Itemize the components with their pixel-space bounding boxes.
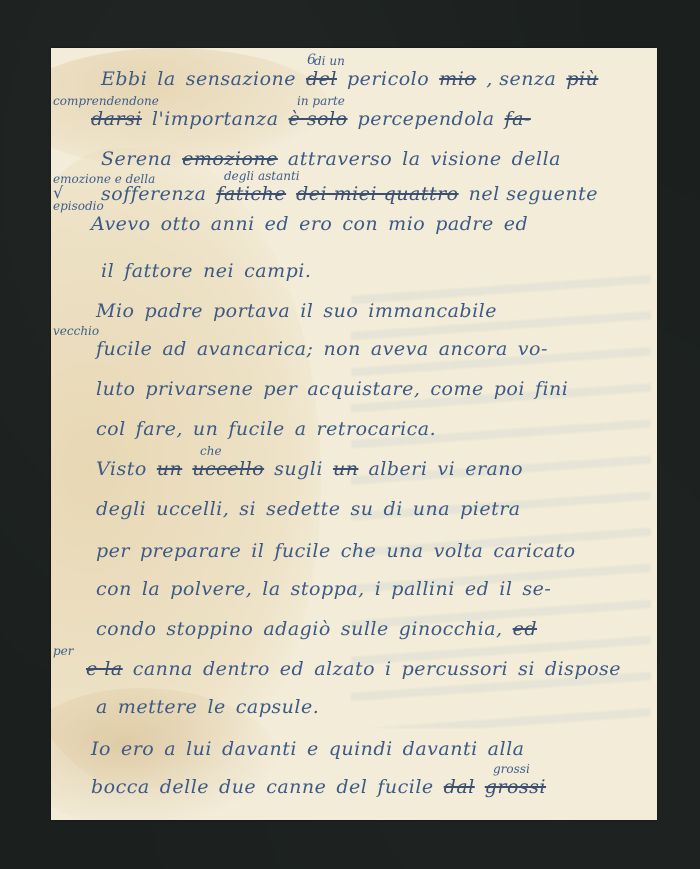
word: caricato: [493, 540, 575, 562]
word: a: [164, 738, 176, 760]
word: otto: [161, 213, 201, 235]
word: percussori: [402, 658, 508, 680]
struck-word: mio: [439, 68, 476, 90]
word: mettere: [118, 696, 198, 718]
interlinear-insertion: di un: [314, 54, 345, 68]
manuscript-line: Vistounuccellosugliunalberivierano: [51, 458, 657, 480]
word: ad: [162, 338, 187, 360]
word: ed: [465, 578, 489, 600]
word: uccelli,: [156, 498, 229, 520]
word: preparare: [140, 540, 241, 562]
word: percependola: [358, 108, 495, 130]
word: le: [207, 696, 225, 718]
word: una: [386, 540, 423, 562]
struck-word: più: [566, 68, 598, 90]
manuscript-line: condostoppinoadagiòsulleginocchia,ed: [51, 618, 657, 640]
word: pericolo: [347, 68, 429, 90]
word: fucile: [377, 776, 433, 798]
struck-word: fa-: [505, 108, 531, 130]
word: per: [96, 540, 130, 562]
word: come: [430, 378, 483, 400]
word: suo: [323, 300, 358, 322]
word: Mio: [96, 300, 134, 322]
word: stoppa,: [291, 578, 365, 600]
word: adagiò: [263, 618, 331, 640]
manuscript-line: Ebbilasensazionedelpericolomio, senzapiù: [51, 68, 657, 90]
word: campi.: [244, 260, 311, 282]
word: fini: [535, 378, 568, 400]
struck-word: dal: [444, 776, 475, 798]
word: davanti: [403, 738, 478, 760]
word: il: [251, 540, 264, 562]
word: fucile: [96, 338, 152, 360]
interlinear-insertion: che: [200, 444, 222, 458]
word: Visto: [96, 458, 147, 480]
word: su: [351, 498, 374, 520]
word: a: [96, 696, 108, 718]
word: ed: [280, 658, 304, 680]
interlinear-insertion: comprendendone: [53, 94, 159, 108]
word: due: [219, 776, 256, 798]
manuscript-line: degliuccelli,sisedettesudiunapietra: [51, 498, 657, 520]
word: la: [262, 578, 280, 600]
word: con: [96, 578, 132, 600]
manuscript-line: darsil'importanzaè solopercependolafa-: [51, 108, 657, 130]
word: che: [341, 540, 377, 562]
word: polvere,: [170, 578, 252, 600]
word: e: [307, 738, 319, 760]
word: , senza: [486, 68, 556, 90]
word: Ebbi: [101, 68, 147, 90]
word: per: [263, 378, 297, 400]
manuscript-line: Serenaemozioneattraversolavisionedella: [51, 148, 657, 170]
manuscript-line: Miopadreportavailsuoimmancabile: [51, 300, 657, 322]
manuscript-line: e lacannadentroedalzatoipercussorisidisp…: [51, 658, 657, 680]
word: aveva: [371, 338, 429, 360]
word: con: [342, 213, 378, 235]
word: il: [300, 300, 313, 322]
word: canne: [266, 776, 326, 798]
word: del: [336, 776, 367, 798]
word: sugli: [274, 458, 323, 480]
word: mio: [388, 213, 425, 235]
word: portava: [213, 300, 290, 322]
word: alzato: [314, 658, 375, 680]
word: alla: [488, 738, 525, 760]
word: sensazione: [186, 68, 296, 90]
word: delle: [160, 776, 209, 798]
interlinear-insertion: per: [53, 644, 74, 658]
manuscript-line: sofferenzafatichedei miei quattronel seg…: [51, 183, 657, 205]
word: il: [101, 260, 114, 282]
interlinear-insertion: degli astanti: [224, 169, 300, 183]
word: la: [157, 68, 175, 90]
struck-word: è solo: [289, 108, 348, 130]
struck-word: del: [306, 68, 337, 90]
word: nei: [203, 260, 234, 282]
word: i: [375, 578, 382, 600]
interlinear-insertion: emozione e della: [53, 172, 155, 186]
word: immancabile: [368, 300, 497, 322]
word: canna: [133, 658, 193, 680]
word: ero: [121, 738, 154, 760]
word: fattore: [124, 260, 193, 282]
manuscript-line: conlapolvere,lastoppa,ipalliniedilse-: [51, 578, 657, 600]
struck-word: darsi: [91, 108, 142, 130]
word: padre: [435, 213, 493, 235]
interlinear-insertion: grossi: [493, 762, 530, 776]
word: della: [512, 148, 561, 170]
word: ed: [265, 213, 289, 235]
manuscript-line: lutoprivarseneperacquistare,comepoifini: [51, 378, 657, 400]
word: capsule.: [236, 696, 319, 718]
word: la: [142, 578, 160, 600]
word: nel seguente: [469, 183, 598, 205]
struck-word: uccello: [192, 458, 264, 480]
word: erano: [465, 458, 523, 480]
word: l'importanza: [152, 108, 279, 130]
word: condo: [96, 618, 156, 640]
interlinear-insertion: episodio: [53, 199, 104, 213]
word: a: [295, 418, 307, 440]
word: Io: [91, 738, 111, 760]
word: una: [413, 498, 450, 520]
word: la: [402, 148, 420, 170]
word: Avevo: [91, 213, 151, 235]
word: Serena: [101, 148, 172, 170]
word: visione: [431, 148, 502, 170]
manuscript-line: Avevoottoanniederoconmiopadreed: [51, 213, 657, 235]
struck-word: emozione: [182, 148, 278, 170]
manuscript-line: boccadelleduecannedelfuciledalgrossi: [51, 776, 657, 798]
word: anni: [211, 213, 255, 235]
word: pallini: [391, 578, 455, 600]
manuscript-line: Ioeroaluidavantiequindidavantialla: [51, 738, 657, 760]
word: stoppino: [166, 618, 253, 640]
word: non: [323, 338, 360, 360]
word: davanti: [222, 738, 297, 760]
word: luto: [96, 378, 135, 400]
struck-word: e la: [86, 658, 123, 680]
word: quindi: [329, 738, 393, 760]
word: fare,: [136, 418, 183, 440]
struck-word: un: [157, 458, 182, 480]
word: dentro: [203, 658, 270, 680]
word: vo-: [518, 338, 548, 360]
manuscript-line: fucileadavancarica;nonavevaancoravo-: [51, 338, 657, 360]
word: ero: [299, 213, 332, 235]
word: acquistare,: [307, 378, 420, 400]
interlinear-insertion: in parte: [297, 94, 345, 108]
word: col: [96, 418, 126, 440]
word: avancarica;: [197, 338, 314, 360]
word: si: [239, 498, 256, 520]
word: si: [518, 658, 535, 680]
word: vi: [437, 458, 455, 480]
word: ginocchia,: [399, 618, 503, 640]
word: sofferenza: [101, 183, 206, 205]
struck-word: un: [333, 458, 358, 480]
word: degli: [96, 498, 146, 520]
word: di: [384, 498, 403, 520]
manuscript-line: ametterelecapsule.: [51, 696, 657, 718]
manuscript-page: 6 Ebbilasensazionedelpericolomio, senzap…: [51, 48, 657, 820]
word: poi: [494, 378, 525, 400]
word: padre: [144, 300, 202, 322]
word: dispose: [545, 658, 621, 680]
struck-word: grossi: [485, 776, 546, 798]
word: volta: [434, 540, 484, 562]
manuscript-line: perpreparareilfucilecheunavoltacaricato: [51, 540, 657, 562]
manuscript-line: colfare,unfucilearetrocarica.: [51, 418, 657, 440]
word: sulle: [341, 618, 389, 640]
word: lui: [186, 738, 212, 760]
manuscript-line: ilfattoreneicampi.: [51, 260, 657, 282]
word: attraverso: [288, 148, 392, 170]
struck-word: fatiche: [216, 183, 286, 205]
word: retrocarica.: [317, 418, 437, 440]
word: fucile: [228, 418, 284, 440]
word: bocca: [91, 776, 150, 798]
word: i: [385, 658, 392, 680]
word: ed: [504, 213, 528, 235]
word: alberi: [368, 458, 427, 480]
word: fucile: [274, 540, 330, 562]
word: pietra: [460, 498, 521, 520]
word: privarsene: [145, 378, 253, 400]
struck-word: ed: [513, 618, 537, 640]
struck-word: dei miei quattro: [296, 183, 459, 205]
word: se-: [522, 578, 551, 600]
word: il: [499, 578, 512, 600]
word: sedette: [266, 498, 340, 520]
word: ancora: [439, 338, 508, 360]
word: un: [193, 418, 218, 440]
interlinear-insertion: vecchio: [53, 324, 99, 338]
